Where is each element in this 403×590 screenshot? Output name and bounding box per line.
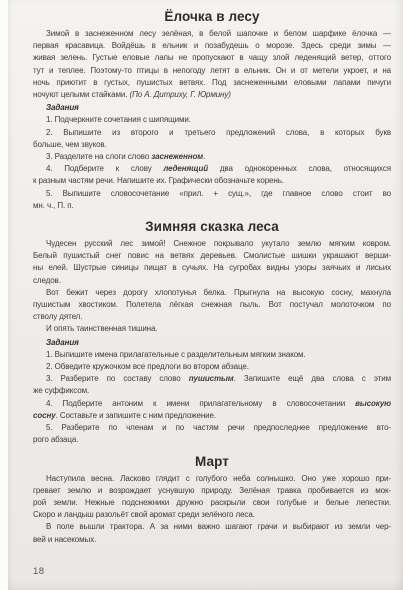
text-line: Чудесен русский лес зимой! Снежное покры… [33, 238, 391, 250]
text-segment: 3. Разделите на слоги слово [46, 152, 151, 161]
emphasized-word: пушистым [189, 374, 234, 383]
section-zimnyaya-skazka-lesa: Зимняя сказка леса Чудесен русский лес з… [33, 218, 391, 446]
text-line: сосну. Составьте и запишите с ним предло… [33, 410, 391, 422]
text-segment: 1. Выпишите имена прилагательные с разде… [46, 350, 306, 359]
text-segment: ны елей. Шустрые синицы пищат в сучьях. … [33, 263, 391, 272]
text-line: 2. Обведите кружочком все предлоги во вт… [33, 361, 391, 373]
text-line: 1. Подчеркните сочетания с шипящими. [33, 114, 391, 126]
text-segment: 2. Выпишите из второго и третьего предло… [46, 128, 391, 137]
emphasized-word: заснеженном [151, 152, 203, 161]
text-line: рого абзаца. [33, 434, 391, 446]
text-segment: 1. Подчеркните сочетания с шипящими. [46, 115, 191, 124]
text-line: 2. Выпишите из второго и третьего предло… [33, 127, 391, 139]
text-line: 5. Выпишите словосочетание «прил. + сущ.… [33, 188, 391, 200]
text-segment: 4. Подберите антоним к имени прилагатель… [46, 399, 355, 408]
text-segment: И опять таинственная тишина. [46, 324, 157, 333]
text-segment: 2. Обведите кружочком все предлоги во вт… [46, 362, 249, 371]
section-text: Чудесен русский лес зимой! Снежное покры… [33, 238, 391, 336]
text-segment: . Составьте и запишите с ним предложение… [56, 411, 216, 420]
text-line: стволу дятел. [33, 311, 391, 323]
text-segment: первая красавица. Войдёшь в ельник и поз… [33, 41, 391, 50]
text-segment: рого абзаца. [33, 435, 78, 444]
text-line: 4. Подберите к слову леденящий два однок… [33, 163, 391, 175]
page-number: 18 [33, 566, 45, 577]
attribution-text: (По А. Дитриху, Г. Юрмину) [130, 90, 231, 99]
text-segment: тут и теплее. Поэтому-то птицы в непогод… [33, 66, 391, 75]
tasks-label: Задания [33, 337, 391, 349]
text-line: ночуют целыми стайками. (По А. Дитриху, … [33, 89, 391, 101]
emphasized-word: высокую [355, 399, 391, 408]
text-line: вей и насекомых. [33, 534, 391, 546]
text-segment: 5. Выпишите словосочетание «прил. + сущ.… [46, 189, 391, 198]
text-segment: . [203, 152, 205, 161]
text-line: же суффиксом. [33, 385, 391, 397]
task-item: 4. Подберите антоним к имени прилагатель… [33, 398, 391, 422]
text-segment: пушистым хвостиком. Полетела лёгкая снеж… [33, 300, 391, 309]
paragraph: Вот бежит через дорогу хлопотунья белка.… [33, 287, 391, 324]
section-yolochka-v-lesu: Ёлочка в лесу Зимой в заснеженном лесу з… [33, 8, 391, 212]
text-segment: гревает землю и возрождает уснувшую прир… [33, 486, 391, 495]
text-line: 3. Разберите по составу слово пушистым. … [33, 373, 391, 385]
paragraph: Наступила весна. Ласково глядит с голубо… [33, 473, 391, 522]
text-line: гревает землю и возрождает уснувшую прир… [33, 485, 391, 497]
text-line: больше, чем звуков. [33, 139, 391, 151]
text-line: И опять таинственная тишина. [33, 323, 391, 335]
text-line: 3. Разделите на слоги слово заснеженном. [33, 151, 391, 163]
section-mart: Март Наступила весна. Ласково глядит с г… [33, 453, 391, 546]
task-item: 2. Выпишите из второго и третьего предло… [33, 127, 391, 151]
text-line: В поле вышли трактора. А за ними важно ш… [33, 521, 391, 533]
text-line: Скоро и ландыш разольёт свой аромат сред… [33, 509, 391, 521]
task-item: 2. Обведите кружочком все предлоги во вт… [33, 361, 391, 373]
emphasized-word: леденящий [163, 164, 208, 173]
text-segment: стволу дятел. [33, 312, 82, 321]
task-item: 4. Подберите к слову леденящий два однок… [33, 163, 391, 187]
text-segment: Зимой в заснеженном лесу зелёная, в бело… [46, 29, 391, 38]
text-line: ны елей. Шустрые синицы пищат в сучьях. … [33, 262, 391, 274]
text-segment: мн. ч., П. п. [33, 201, 74, 210]
text-segment: же суффиксом. [33, 386, 89, 395]
paragraph: И опять таинственная тишина. [33, 323, 391, 335]
task-item: 3. Разберите по составу слово пушистым. … [33, 373, 391, 397]
text-line: живая зелень. Густые еловые лапы не проп… [33, 52, 391, 64]
paragraph: Зимой в заснеженном лесу зелёная, в бело… [33, 28, 391, 101]
text-segment: рой земли. Нежные подснежники дружно рас… [33, 498, 391, 507]
tasks-label: Задания [33, 102, 391, 114]
text-line: Вот бежит через дорогу хлопотунья белка.… [33, 287, 391, 299]
text-segment: ночь приютит в густых, пушистых ветвях. … [33, 78, 391, 87]
text-line: пушистым хвостиком. Полетела лёгкая снеж… [33, 299, 391, 311]
page-content: Ёлочка в лесу Зимой в заснеженном лесу з… [33, 0, 391, 546]
text-segment: . Запишите ещё два слова с этим [234, 374, 391, 383]
text-segment: 4. Подберите к слову [46, 164, 163, 173]
task-item: 5. Выпишите словосочетание «прил. + сущ.… [33, 188, 391, 212]
task-item: 1. Выпишите имена прилагательные с разде… [33, 349, 391, 361]
section-heading: Ёлочка в лесу [33, 8, 391, 26]
section-heading: Март [33, 453, 391, 471]
text-line: ночь приютит в густых, пушистых ветвях. … [33, 77, 391, 89]
task-item: 3. Разделите на слоги слово заснеженном. [33, 151, 391, 163]
text-line: к разным частям речи. Напишите их. Графи… [33, 175, 391, 187]
text-line: Белый пушистый снег повис на ветвях дере… [33, 250, 391, 262]
paragraph: Чудесен русский лес зимой! Снежное покры… [33, 238, 391, 287]
text-line: 1. Выпишите имена прилагательные с разде… [33, 349, 391, 361]
page: Ёлочка в лесу Зимой в заснеженном лесу з… [8, 0, 403, 590]
text-segment: Чудесен русский лес зимой! Снежное покры… [46, 239, 391, 248]
text-segment: Вот бежит через дорогу хлопотунья белка.… [46, 288, 391, 297]
text-segment: живая зелень. Густые еловые лапы не проп… [33, 53, 391, 62]
task-item: 5. Разберите по членам и по частям речи … [33, 422, 391, 446]
text-line: 5. Разберите по членам и по частям речи … [33, 422, 391, 434]
text-segment: больше, чем звуков. [33, 140, 107, 149]
text-segment: Белый пушистый снег повис на ветвях дере… [33, 251, 391, 260]
text-line: рой земли. Нежные подснежники дружно рас… [33, 497, 391, 509]
text-segment: два однокоренных слова, относящихся [208, 164, 391, 173]
text-segment: к разным частям речи. Напишите их. Графи… [33, 176, 284, 185]
tasks-list: 1. Выпишите имена прилагательные с разде… [33, 349, 391, 447]
section-text: Зимой в заснеженном лесу зелёная, в бело… [33, 28, 391, 101]
section-heading: Зимняя сказка леса [33, 218, 391, 236]
text-segment: 3. Разберите по составу слово [46, 374, 189, 383]
text-line: тут и теплее. Поэтому-то птицы в непогод… [33, 65, 391, 77]
text-segment: Скоро и ландыш разольёт свой аромат сред… [33, 510, 255, 519]
text-line: 4. Подберите антоним к имени прилагатель… [33, 398, 391, 410]
text-segment: Наступила весна. Ласково глядит с голубо… [46, 474, 391, 483]
paragraph: В поле вышли трактора. А за ними важно ш… [33, 521, 391, 545]
task-item: 1. Подчеркните сочетания с шипящими. [33, 114, 391, 126]
text-line: первая красавица. Войдёшь в ельник и поз… [33, 40, 391, 52]
book-page-photo: Ёлочка в лесу Зимой в заснеженном лесу з… [0, 0, 403, 590]
section-text: Наступила весна. Ласково глядит с голубо… [33, 473, 391, 546]
text-line: Зимой в заснеженном лесу зелёная, в бело… [33, 28, 391, 40]
emphasized-word: сосну [33, 411, 56, 420]
text-line: следов. [33, 275, 391, 287]
text-segment: вей и насекомых. [33, 535, 96, 544]
text-segment: В поле вышли трактора. А за ними важно ш… [46, 522, 391, 531]
text-segment: ночуют целыми стайками. [33, 90, 130, 99]
text-line: мн. ч., П. п. [33, 200, 391, 212]
text-line: Наступила весна. Ласково глядит с голубо… [33, 473, 391, 485]
tasks-list: 1. Подчеркните сочетания с шипящими.2. В… [33, 114, 391, 212]
text-segment: следов. [33, 276, 61, 285]
text-segment: 5. Разберите по членам и по частям речи … [46, 423, 391, 432]
